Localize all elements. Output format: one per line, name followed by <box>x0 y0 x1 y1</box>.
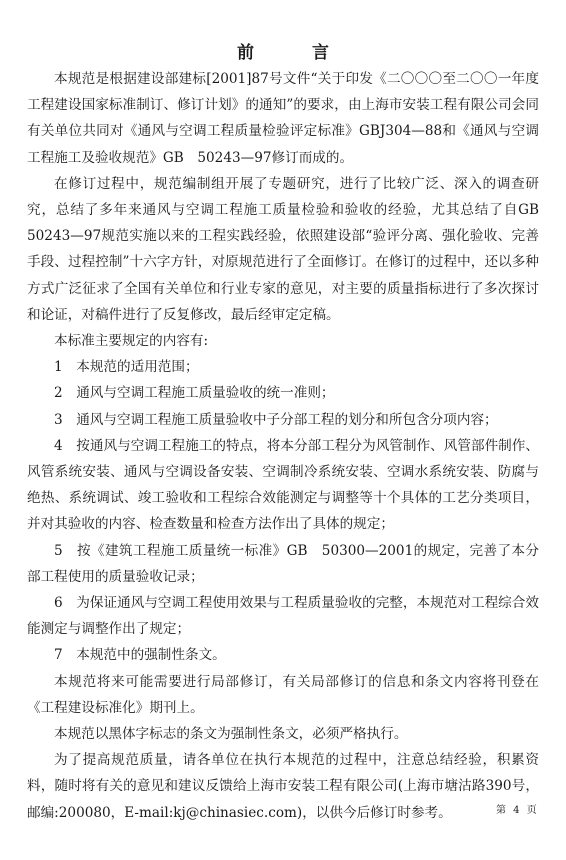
list-item-5: 5 按《建筑工程施工质量统一标准》GB 50300—2001的规定，完善了本分部… <box>27 538 539 590</box>
page-title: 前 言 <box>0 38 566 63</box>
list-item-7: 7 本规范中的强制性条文。 <box>27 642 539 668</box>
paragraph-revision-process: 在修订过程中，规范编制组开展了专题研究，进行了比较广泛、深入的调查研究，总结了多… <box>27 171 539 328</box>
paragraph-basis: 本规范是根据建设部建标[2001]87号文件“关于印发《二〇〇〇至二〇〇一年度工… <box>27 66 539 171</box>
document-body: 本规范是根据建设部建标[2001]87号文件“关于印发《二〇〇〇至二〇〇一年度工… <box>27 66 539 826</box>
paragraph-future-revision: 本规范将来可能需要进行局部修订，有关局部修订的信息和条文内容将刊登在《工程建设标… <box>27 669 539 721</box>
list-item-6: 6 为保证通风与空调工程使用效果与工程质量验收的完整，本规范对工程综合效能测定与… <box>27 590 539 642</box>
list-item-3: 3 通风与空调工程施工质量验收中子分部工程的划分和所包含分项内容； <box>27 407 539 433</box>
paragraph-contents-intro: 本标准主要规定的内容有: <box>27 328 539 354</box>
paragraph-mandatory: 本规范以黑体字标志的条文为强制性条文，必须严格执行。 <box>27 721 539 747</box>
page-number: 第 4 页 <box>496 801 537 816</box>
list-item-4: 4 按通风与空调工程施工的特点，将本分部工程分为风管制作、风管部件制作、风管系统… <box>27 433 539 538</box>
list-item-1: 1 本规范的适用范围； <box>27 354 539 380</box>
list-item-2: 2 通风与空调工程施工质量验收的统一准则； <box>27 380 539 406</box>
paragraph-feedback: 为了提高规范质量，请各单位在执行本规范的过程中，注意总结经验，积累资料，随时将有… <box>27 747 539 826</box>
